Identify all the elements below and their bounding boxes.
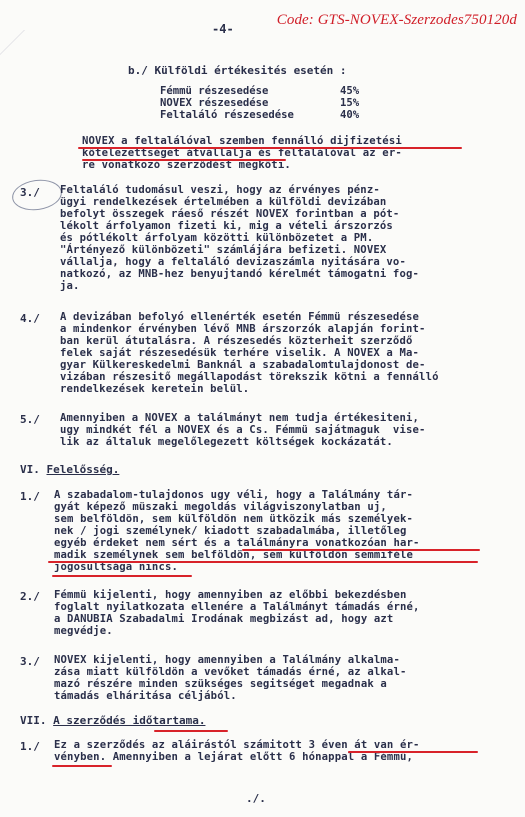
paragraph-line: ugy mindkét fél a NOVEX és a Cs. Fémmü s… — [60, 425, 426, 436]
share-row: NOVEX részesedése 15% — [160, 97, 380, 109]
section-vii-heading: VII. A szerződés időtartama. — [20, 714, 205, 727]
share-label: Feltaláló részesedése — [160, 109, 340, 121]
paragraph-line: Ez a szerződés az aláirástól számitott 3… — [54, 740, 420, 751]
paragraph-line: vállalja, hogy a feltaláló devizaszámla … — [60, 257, 406, 268]
paragraph-line: lékolt árfolyamon fizeti ki, mig a vétel… — [60, 221, 393, 232]
paragraph-line: ban kerül átutalásra. A részesedés közte… — [60, 336, 413, 347]
paragraph-line: NOVEX kijelenti, hogy amennyiben a Talál… — [54, 655, 400, 666]
paragraph-line: Feltaláló tudomásul veszi, hogy az érvén… — [60, 185, 380, 196]
paragraph-line: lik az általuk megelőlegezett költségek … — [60, 437, 393, 448]
paragraph-line: foglalt nyilatkozata ellenére a Találmán… — [54, 602, 420, 613]
pencil-mark — [0, 30, 75, 70]
section-roman: VI. — [20, 463, 40, 476]
highlight-underline — [48, 561, 478, 563]
paragraph-line: felek saját részesedésük terhére viselik… — [60, 348, 419, 359]
item-number: 4./ — [20, 312, 40, 325]
paragraph-line: és pótlékolt árfolyam közötti különbözet… — [60, 233, 373, 244]
share-value: 45% — [340, 85, 380, 97]
paragraph-line: ügyi rendelkezések értelmében a külföldi… — [60, 197, 386, 208]
highlight-underline — [52, 575, 192, 577]
paragraph-line: Amennyiben a NOVEX a találmányt nem tudj… — [60, 413, 419, 424]
paragraph-line: kötelezettséget átvállalja és feltalálóv… — [82, 148, 402, 159]
paragraph-line: re vonatkozó szerződést megköti. — [82, 160, 291, 171]
paragraph-line: befolyt összegek ráeső részét NOVEX fori… — [60, 209, 399, 220]
highlight-underline — [348, 751, 478, 753]
share-value: 40% — [340, 109, 380, 121]
code-stamp: Code: GTS-NOVEX-Szerzodes750120d — [277, 12, 517, 29]
paragraph-line: a DANUBIA Szabadalmi Irodának megbizást … — [54, 614, 393, 625]
paragraph-line: "Ártényező különbözeti" számlájára befiz… — [60, 245, 386, 256]
share-value: 15% — [340, 97, 380, 109]
highlight-underline — [78, 147, 462, 149]
paragraph-line: natkozó, az MNB-hez benyujtandó kérelmét… — [60, 269, 419, 280]
item-number: 3./ — [20, 655, 40, 668]
paragraph-line: vizában részesitő megállapodást törekszi… — [60, 372, 439, 383]
item-number: 3./ — [20, 186, 40, 199]
paragraph-line: A szabadalom-tulajdonos ugy véli, hogy a… — [54, 490, 413, 501]
paragraph-line: jogosultsága nincs. — [54, 562, 178, 573]
paragraph-line: sem belföldön, sem külföldön nem ütközik… — [54, 514, 413, 525]
paragraph-line: rendelkezések keretein belül. — [60, 384, 249, 395]
share-row: Feltaláló részesedése 40% — [160, 109, 380, 121]
paragraph-line: gyát képező müszaki megoldás világviszon… — [54, 502, 387, 513]
paragraph-line: ja. — [60, 281, 80, 292]
paragraph-line: támadás elháritása céljából. — [54, 691, 237, 702]
paragraph-line: vényben. Amennyiben a lejárat előtt 6 hó… — [54, 752, 413, 763]
paragraph-line: a mindenkor érvényben lévő MNB árszorzók… — [60, 324, 426, 335]
highlight-underline — [242, 549, 480, 551]
share-row: Fémmü részesedése 45% — [160, 85, 380, 97]
share-label: Fémmü részesedése — [160, 85, 340, 97]
highlight-underline — [154, 730, 228, 732]
section-b-heading: b./ Külföldi értékesités esetén : — [128, 64, 347, 77]
paragraph-line: NOVEX a feltalálóval szemben fennálló di… — [82, 136, 402, 147]
share-label: NOVEX részesedése — [160, 97, 340, 109]
paragraph-line: Fémmü kijelenti, hogy amennyiben az előb… — [54, 590, 407, 601]
paragraph-line: egyéb érdeket nem sért és a találmányra … — [54, 538, 420, 549]
item-number: 5./ — [20, 413, 40, 426]
share-table: Fémmü részesedése 45% NOVEX részesedése … — [160, 85, 380, 121]
highlight-underline — [82, 159, 286, 161]
paragraph-line: madik személynek sem belföldön, sem külf… — [54, 550, 413, 561]
item-number: 1./ — [20, 740, 40, 753]
paragraph-line: nek / jogi személynek/ kiadott szabadalm… — [54, 526, 407, 537]
section-vi-heading: VI. Felelősség. — [20, 463, 119, 476]
item-number: 1./ — [20, 490, 40, 503]
continuation-mark: ./. — [246, 792, 266, 805]
paragraph-line: mazó részére minden szükséges segitséget… — [54, 679, 387, 690]
item-number: 2./ — [20, 590, 40, 603]
section-title: A szerződés időtartama. — [53, 714, 205, 727]
document-page: Code: GTS-NOVEX-Szerzodes750120d -4- b./… — [0, 0, 525, 817]
section-roman: VII. — [20, 714, 47, 727]
highlight-underline — [52, 765, 112, 767]
paragraph-line: A devizában befolyó ellenérték esetén Fé… — [60, 312, 419, 323]
paragraph-line: zása miatt külföldön a vevőket támadás é… — [54, 667, 407, 678]
page-number: -4- — [212, 22, 234, 36]
section-title: Felelősség. — [47, 463, 120, 476]
paragraph-line: gyar Külkereskedelmi Banknál a szabadalo… — [60, 360, 426, 371]
paragraph-line: megvédje. — [54, 626, 113, 637]
